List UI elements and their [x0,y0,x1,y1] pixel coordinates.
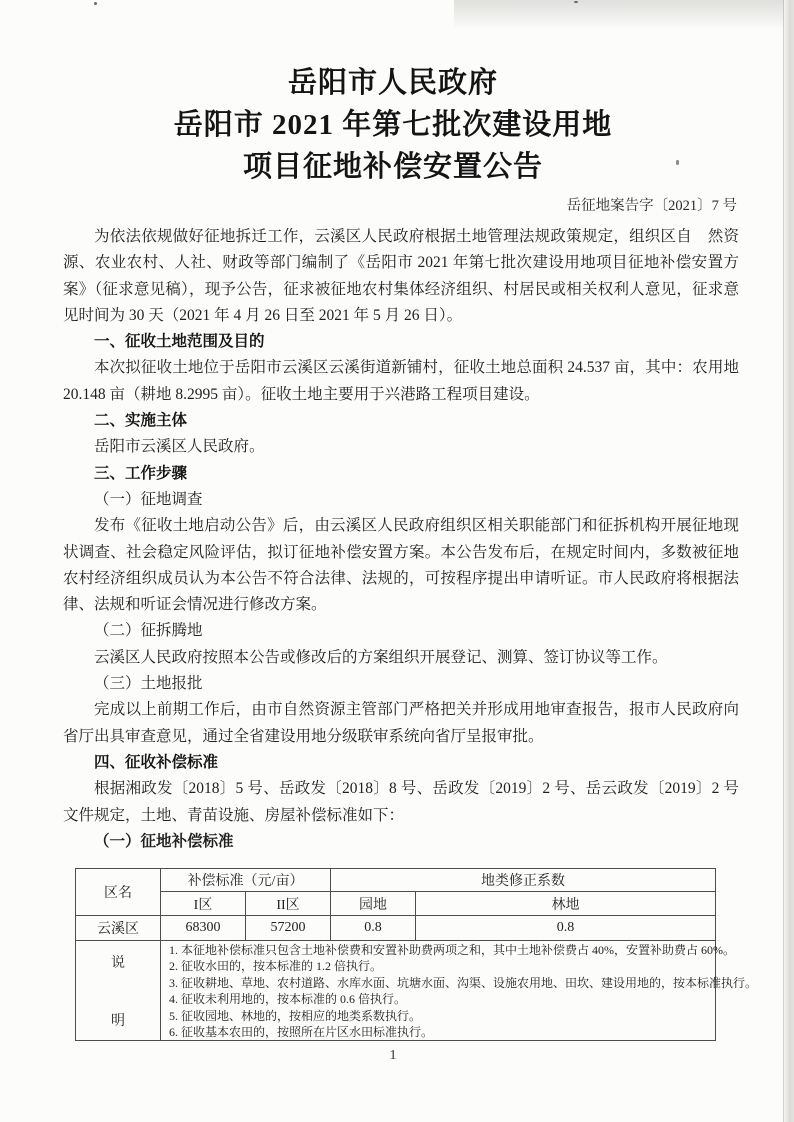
section-4-heading: 四、征收补偿标准 [63,750,739,776]
section-3-2-paragraph: 云溪区人民政府按照本公告或修改后的方案组织开展登记、测算、签订协议等工作。 [63,645,739,671]
scan-speck [574,1,578,3]
section-3-1-subheading: （一）征地调查 [63,487,739,513]
table-header-row-1: 区名 补偿标准（元/亩） 地类修正系数 [76,869,716,892]
cell-zone2-value: 57200 [246,916,331,941]
cell-forest-coeff: 0.8 [416,916,716,941]
note-5: 5. 征收园地、林地的，按相应的地类系数执行。 [161,1008,715,1024]
header-zone2: II区 [246,892,331,916]
table-header-row-2: I区 II区 园地 林地 [76,892,716,916]
title-line-2: 岳阳市 2021 年第七批次建设用地 [0,104,786,146]
note-3: 3. 征收耕地、草地、农村道路、水库水面、坑塘水面、沟渠、设施农用地、田坎、建设… [161,975,715,991]
document-body: 为依法依规做好征地拆迁工作，云溪区人民政府根据土地管理法规政策规定，组织区自 然… [63,224,739,855]
table-notes-row: 说 明 1. 本征地补偿标准只包含土地补偿费和安置补助费两项之和，其中土地补偿费… [76,941,716,1041]
note-6: 6. 征收基本农田的，按照所在片区水田标准执行。 [161,1024,715,1040]
page-number: 1 [0,1048,786,1064]
notes-label-top: 说 [111,952,125,972]
section-1-heading: 一、征收土地范围及目的 [63,329,739,355]
cell-garden-coeff: 0.8 [331,916,416,941]
section-3-heading: 三、工作步骤 [63,461,739,487]
table-data-row: 云溪区 68300 57200 0.8 0.8 [76,916,716,941]
notes-label-bottom: 明 [111,1010,125,1030]
notes-cell: 1. 本征地补偿标准只包含土地补偿费和安置补助费两项之和，其中土地补偿费占 40… [161,941,716,1041]
scan-speck [94,2,97,5]
section-3-1-paragraph: 发布《征收土地启动公告》后，由云溪区人民政府组织区相关职能部门和征拆机构开展征地… [63,513,739,618]
section-2-paragraph: 岳阳市云溪区人民政府。 [63,434,739,460]
header-region: 区名 [76,869,161,916]
header-compensation-group: 补偿标准（元/亩） [161,869,331,892]
header-coefficient-group: 地类修正系数 [331,869,716,892]
title-line-3: 项目征地补偿安置公告 [0,146,786,188]
header-garden: 园地 [331,892,416,916]
table-caption: （一）征地补偿标准 [63,829,739,855]
note-2: 2. 征收水田的，按本标准的 1.2 倍执行。 [161,958,715,974]
notes-label-cell: 说 明 [76,941,161,1041]
section-4-paragraph: 根据湘政发〔2018〕5 号、岳政发〔2018〕8 号、岳政发〔2019〕2 号… [63,776,739,829]
section-3-3-paragraph: 完成以上前期工作后，由市自然资源主管部门严格把关并形成用地审查报告，报市人民政府… [63,697,739,750]
section-3-2-subheading: （二）征拆腾地 [63,618,739,644]
scan-corner-shade [454,0,784,30]
section-2-heading: 二、实施主体 [63,408,739,434]
document-title: 岳阳市人民政府 岳阳市 2021 年第七批次建设用地 项目征地补偿安置公告 [0,62,786,188]
note-1: 1. 本征地补偿标准只包含土地补偿费和安置补助费两项之和，其中土地补偿费占 40… [161,942,715,958]
intro-paragraph: 为依法依规做好征地拆迁工作，云溪区人民政府根据土地管理法规政策规定，组织区自 然… [63,224,739,329]
header-forest: 林地 [416,892,716,916]
header-zone1: I区 [161,892,246,916]
note-4: 4. 征收未利用地的，按本标准的 0.6 倍执行。 [161,991,715,1007]
title-line-1: 岳阳市人民政府 [0,62,786,104]
section-3-3-subheading: （三）土地报批 [63,671,739,697]
document-reference-number: 岳征地案告字〔2021〕7 号 [567,194,737,215]
section-1-paragraph: 本次拟征收土地位于岳阳市云溪区云溪街道新铺村，征收土地总面积 24.537 亩，… [63,355,739,408]
scanned-document-page: 岳阳市人民政府 岳阳市 2021 年第七批次建设用地 项目征地补偿安置公告 岳征… [0,0,794,1122]
compensation-standards-table: 区名 补偿标准（元/亩） 地类修正系数 I区 II区 园地 林地 云溪区 683… [75,868,716,1041]
cell-zone1-value: 68300 [161,916,246,941]
cell-region: 云溪区 [76,916,161,941]
